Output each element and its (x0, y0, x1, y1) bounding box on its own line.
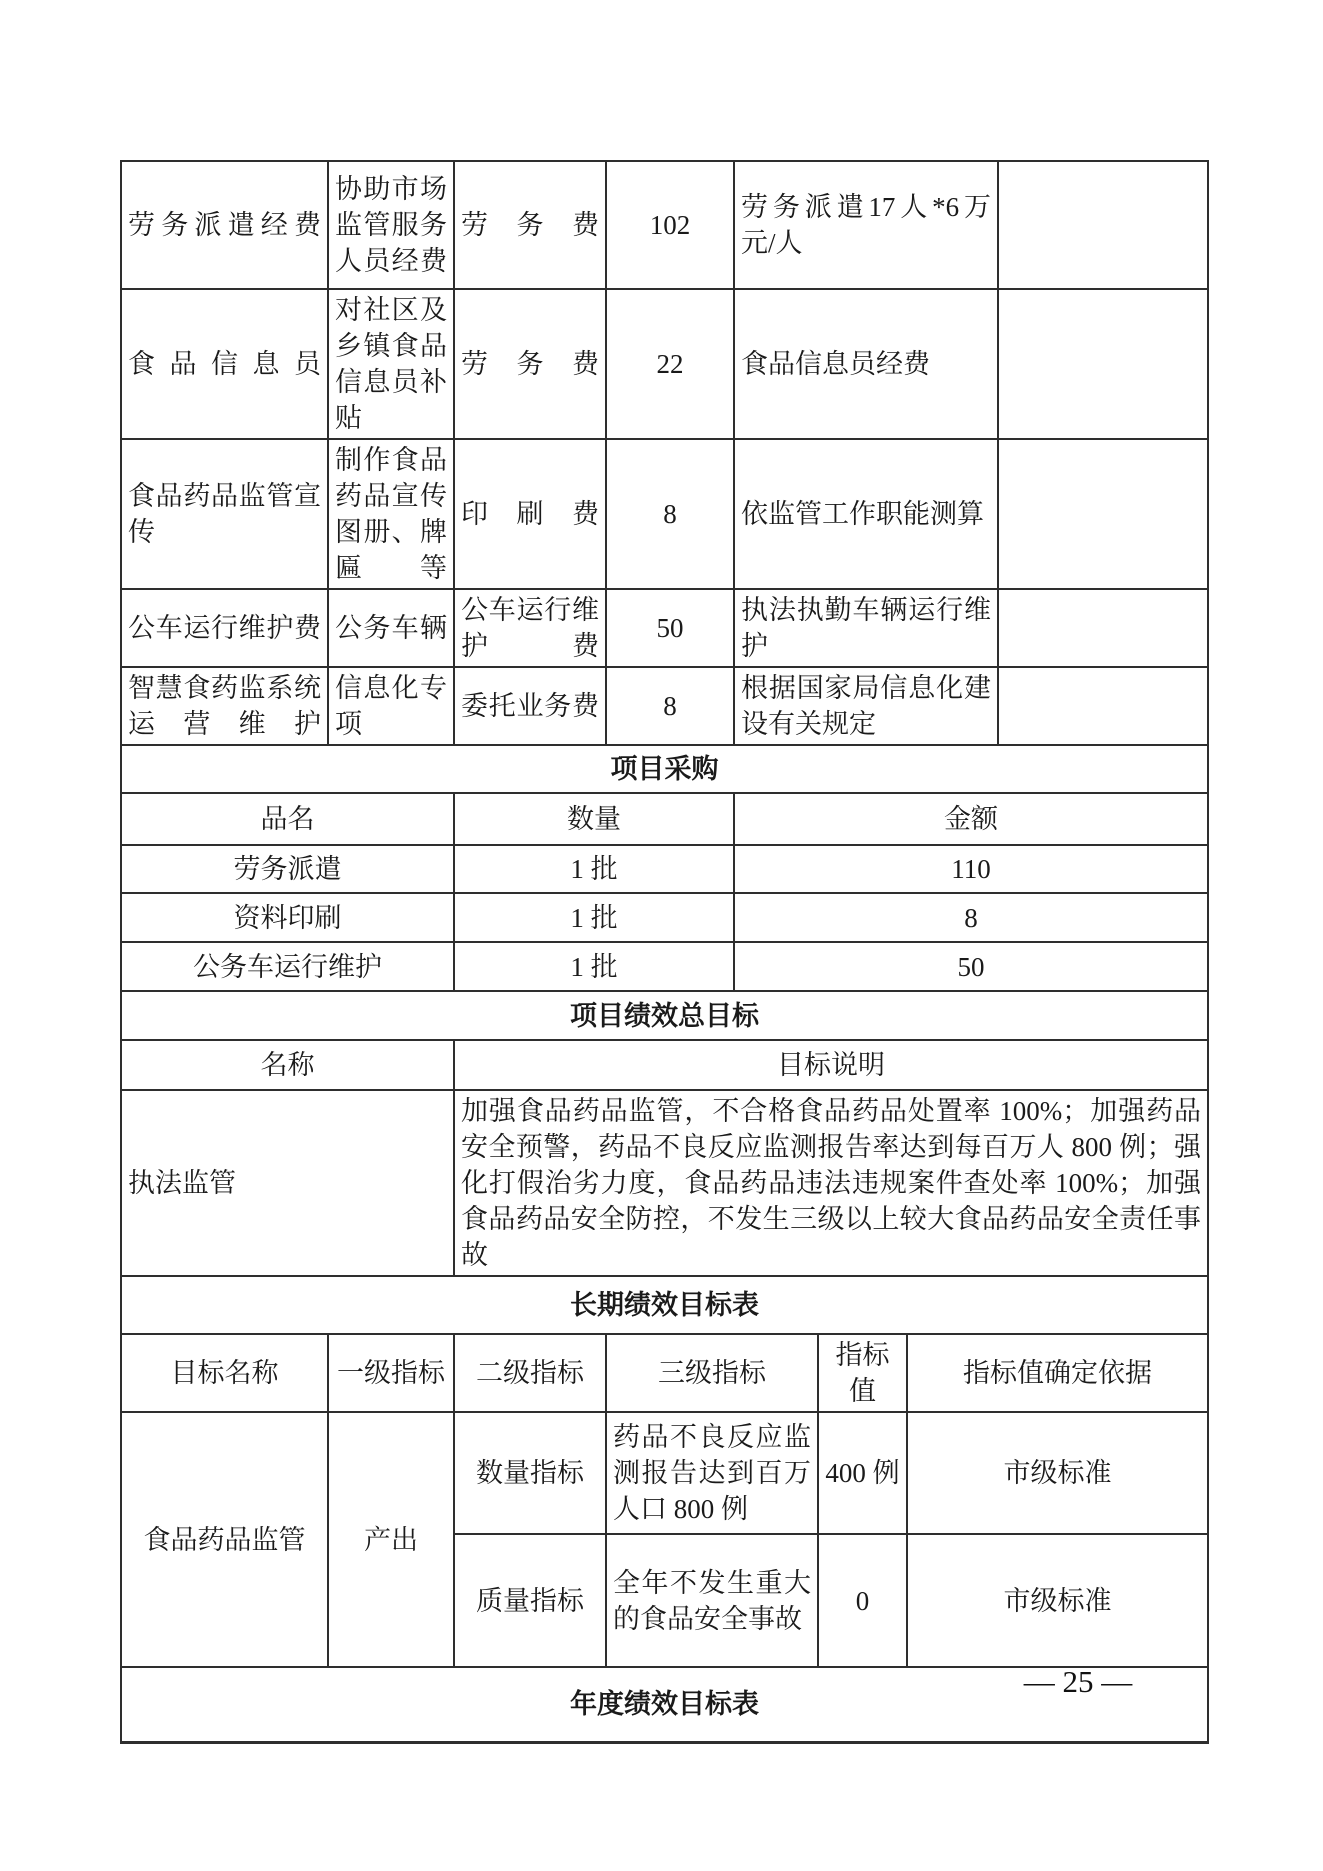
long-term-header-value: 指标值 (818, 1334, 907, 1412)
expense-note (998, 289, 1208, 439)
long-term-basis: 市级标准 (907, 1534, 1208, 1667)
expense-name: 智慧食药监系统运营维护 (121, 667, 328, 745)
expense-amount: 22 (606, 289, 734, 439)
long-term-header-level1: 一级指标 (328, 1334, 454, 1412)
long-term-goal-name: 食品药品监管 (121, 1412, 328, 1667)
expense-row: 食品药品监管宣传 制作食品药品宣传图册、牌匾等 印刷费 8 依监管工作职能测算 (121, 439, 1208, 589)
expense-note (998, 161, 1208, 289)
overall-goal-header-description: 目标说明 (454, 1040, 1208, 1090)
procurement-header-row: 品名 数量 金额 (121, 793, 1208, 845)
section-row: 项目绩效总目标 (121, 991, 1208, 1040)
expense-name: 劳务派遣经费 (121, 161, 328, 289)
overall-goal-description: 加强食品药品监管，不合格食品药品处置率 100%；加强药品安全预警，药品不良反应… (454, 1090, 1208, 1276)
expense-basis: 劳务派遣17人*6万元/人 (734, 161, 998, 289)
overall-goal-header-name: 名称 (121, 1040, 454, 1090)
expense-row: 公车运行维护费 公务车辆 公车运行维护费 50 执法执勤车辆运行维护 (121, 589, 1208, 667)
long-term-level2: 质量指标 (454, 1534, 606, 1667)
long-term-basis: 市级标准 (907, 1412, 1208, 1534)
procurement-amount: 8 (734, 893, 1208, 942)
expense-purpose: 对社区及乡镇食品信息员补贴 (328, 289, 454, 439)
expense-basis: 执法执勤车辆运行维护 (734, 589, 998, 667)
long-term-header-basis: 指标值确定依据 (907, 1334, 1208, 1412)
procurement-header-name: 品名 (121, 793, 454, 845)
procurement-name: 公务车运行维护 (121, 942, 454, 991)
procurement-section-title: 项目采购 (121, 745, 1208, 793)
long-term-header-level3: 三级指标 (606, 1334, 818, 1412)
expense-note (998, 667, 1208, 745)
overall-goal-name: 执法监管 (121, 1090, 454, 1276)
expense-row: 食品信息员 对社区及乡镇食品信息员补贴 劳务费 22 食品信息员经费 (121, 289, 1208, 439)
long-term-row: 食品药品监管 产出 数量指标 药品不良反应监测报告达到百万人口 800 例 40… (121, 1412, 1208, 1534)
expense-purpose: 协助市场监管服务人员经费 (328, 161, 454, 289)
expense-row: 智慧食药监系统运营维护 信息化专项 委托业务费 8 根据国家局信息化建设有关规定 (121, 667, 1208, 745)
section-row: 项目采购 (121, 745, 1208, 793)
expense-amount: 8 (606, 667, 734, 745)
long-term-header-row: 目标名称 一级指标 二级指标 三级指标 指标值 指标值确定依据 (121, 1334, 1208, 1412)
procurement-header-amount: 金额 (734, 793, 1208, 845)
expense-category: 劳务费 (454, 161, 606, 289)
expense-category: 公车运行维护费 (454, 589, 606, 667)
expense-purpose: 信息化专项 (328, 667, 454, 745)
expense-note (998, 439, 1208, 589)
overall-goal-header-row: 名称 目标说明 (121, 1040, 1208, 1090)
procurement-row: 公务车运行维护 1 批 50 (121, 942, 1208, 991)
long-term-value: 0 (818, 1534, 907, 1667)
section-row: 长期绩效目标表 (121, 1276, 1208, 1334)
expense-amount: 102 (606, 161, 734, 289)
expense-category: 印刷费 (454, 439, 606, 589)
expense-name: 公车运行维护费 (121, 589, 328, 667)
procurement-header-quantity: 数量 (454, 793, 734, 845)
expense-row: 劳务派遣经费 协助市场监管服务人员经费 劳务费 102 劳务派遣17人*6万元/… (121, 161, 1208, 289)
procurement-quantity: 1 批 (454, 942, 734, 991)
procurement-name: 资料印刷 (121, 893, 454, 942)
long-term-level2: 数量指标 (454, 1412, 606, 1534)
procurement-row: 劳务派遣 1 批 110 (121, 845, 1208, 893)
procurement-row: 资料印刷 1 批 8 (121, 893, 1208, 942)
expense-purpose: 制作食品药品宣传图册、牌匾等 (328, 439, 454, 589)
expense-name: 食品信息员 (121, 289, 328, 439)
procurement-amount: 110 (734, 845, 1208, 893)
long-term-level3: 全年不发生重大的食品安全事故 (606, 1534, 818, 1667)
expense-category: 委托业务费 (454, 667, 606, 745)
long-term-value: 400 例 (818, 1412, 907, 1534)
procurement-name: 劳务派遣 (121, 845, 454, 893)
budget-performance-table: 劳务派遣经费 协助市场监管服务人员经费 劳务费 102 劳务派遣17人*6万元/… (120, 160, 1209, 1744)
procurement-quantity: 1 批 (454, 893, 734, 942)
long-term-header-level2: 二级指标 (454, 1334, 606, 1412)
overall-goal-section-title: 项目绩效总目标 (121, 991, 1208, 1040)
expense-purpose: 公务车辆 (328, 589, 454, 667)
overall-goal-row: 执法监管 加强食品药品监管，不合格食品药品处置率 100%；加强药品安全预警，药… (121, 1090, 1208, 1276)
document-page: 劳务派遣经费 协助市场监管服务人员经费 劳务费 102 劳务派遣17人*6万元/… (0, 0, 1323, 1871)
procurement-quantity: 1 批 (454, 845, 734, 893)
expense-amount: 8 (606, 439, 734, 589)
expense-name: 食品药品监管宣传 (121, 439, 328, 589)
long-term-header-goal-name: 目标名称 (121, 1334, 328, 1412)
expense-category: 劳务费 (454, 289, 606, 439)
procurement-amount: 50 (734, 942, 1208, 991)
long-term-section-title: 长期绩效目标表 (121, 1276, 1208, 1334)
expense-basis: 食品信息员经费 (734, 289, 998, 439)
long-term-level1: 产出 (328, 1412, 454, 1667)
expense-amount: 50 (606, 589, 734, 667)
expense-basis: 根据国家局信息化建设有关规定 (734, 667, 998, 745)
expense-basis: 依监管工作职能测算 (734, 439, 998, 589)
expense-note (998, 589, 1208, 667)
long-term-level3: 药品不良反应监测报告达到百万人口 800 例 (606, 1412, 818, 1534)
page-number: — 25 — (973, 1664, 1183, 1700)
